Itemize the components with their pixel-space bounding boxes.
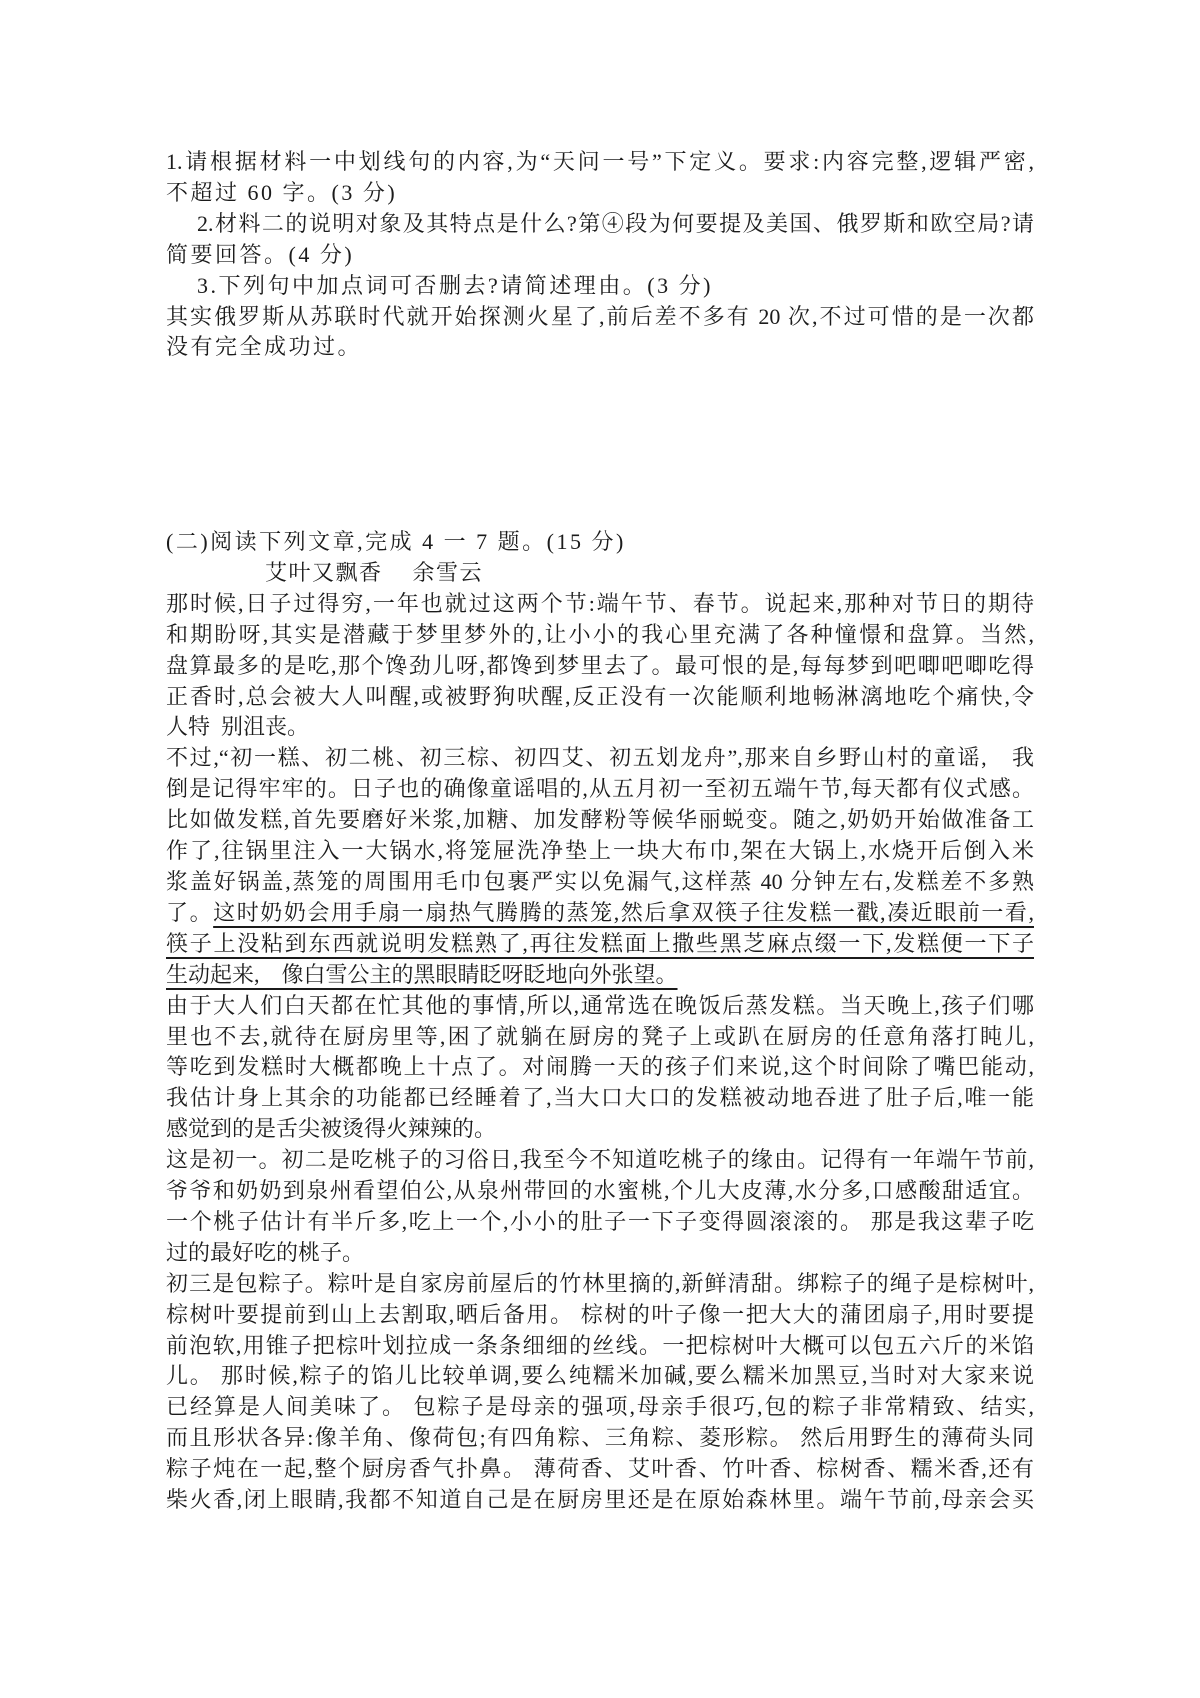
- title-line: 艾叶又飘香余雪云: [166, 558, 1034, 589]
- text-run: 棕树叶要提前到山上去割取,晒后备用。 棕树的叶子像一把大大的蒲团扇子,用时要提: [166, 1302, 1034, 1327]
- text-run: 由于大人们白天都在忙其他的事情,所以,通常选在晚饭后蒸发糕。当天晚上,孩子们哪: [166, 993, 1034, 1018]
- article-line: 而且形状各异:像羊角、像荷包;有四角粽、三角粽、菱形粽。 然后用野生的薄荷头同: [166, 1423, 1034, 1454]
- article-author: 余雪云: [413, 560, 484, 585]
- article-line: 一个桃子估计有半斤多,吃上一个,小小的肚子一下子变得圆滚滚的。 那是我这辈子吃: [166, 1207, 1034, 1238]
- exam-page: 1.请根据材料一中划线句的内容,为“天问一号”下定义。要求:内容完整,逻辑严密,…: [0, 0, 1200, 1698]
- article-line: 那时候,日子过得穷,一年也就过这两个节:端午节、春节。说起来,那种对节日的期待: [166, 589, 1034, 620]
- article-line: 等吃到发糕时大概都晚上十点了。对闹腾一天的孩子们来说,这个时间除了嘴巴能动,: [166, 1052, 1034, 1083]
- text-run: 里也不去,就待在厨房里等,困了就躺在厨房的凳子上或趴在厨房的任意角落打盹儿,: [166, 1024, 1034, 1049]
- article-line: 正香时,总会被大人叫醒,或被野狗吠醒,反正没有一次能顺利地畅淋漓地吃个痛快,令: [166, 682, 1034, 713]
- text-run: 这是初一。初二是吃桃子的习俗日,我至今不知道吃桃子的缘由。记得有一年端午节前,: [166, 1147, 1034, 1172]
- article-line: 爷爷和奶奶到泉州看望伯公,从泉州带回的水蜜桃,个儿大皮薄,水分多,口感酸甜适宜。: [166, 1176, 1034, 1207]
- text-run: 没有完全成功过。: [166, 334, 362, 359]
- article-line: 由于大人们白天都在忙其他的事情,所以,通常选在晚饭后蒸发糕。当天晚上,孩子们哪: [166, 991, 1034, 1022]
- text-run: 而且形状各异:像羊角、像荷包;有四角粽、三角粽、菱形粽。 然后用野生的薄荷头同: [166, 1425, 1034, 1450]
- article-line: 过的最好吃的桃子。: [166, 1238, 1034, 1269]
- article-line: 粽子炖在一起,整个厨房香气扑鼻。 薄荷香、艾叶香、竹叶香、棕树香、糯米香,还有: [166, 1454, 1034, 1485]
- text-run: 了。: [166, 900, 213, 925]
- article-line: 棕树叶要提前到山上去割取,晒后备用。 棕树的叶子像一把大大的蒲团扇子,用时要提: [166, 1300, 1034, 1331]
- text-run: 作了,往锅里注入一大锅水,将笼屉洗净垫上一块大布巾,架在大锅上,水烧开后倒入米: [166, 838, 1034, 863]
- article-line: 了。这时奶奶会用手扇一扇热气腾腾的蒸笼,然后拿双筷子往发糕一戳,凑近眼前一看,: [166, 898, 1034, 929]
- text-run: 3.下列句中加点词可否删去?请简述理由。(3 分): [197, 273, 713, 298]
- article-line: 这是初一。初二是吃桃子的习俗日,我至今不知道吃桃子的缘由。记得有一年端午节前,: [166, 1145, 1034, 1176]
- text-run: 感觉到的是舌尖被烫得火辣辣的。: [166, 1116, 496, 1141]
- article-line: 生动起来, 像白雪公主的黑眼睛眨呀眨地向外张望。: [166, 960, 1034, 991]
- text-run: 1.请根据材料一中划线句的内容,为“天问一号”下定义。要求:内容完整,逻辑严密,: [166, 149, 1034, 174]
- section-heading: (二)阅读下列文章,完成 4 一 7 题。(15 分): [166, 527, 1034, 558]
- text-run: 一个桃子估计有半斤多,吃上一个,小小的肚子一下子变得圆滚滚的。 那是我这辈子吃: [166, 1209, 1034, 1234]
- question-line: 不超过 60 字。(3 分): [166, 178, 1034, 209]
- article-line: 和期盼呀,其实是潜藏于梦里梦外的,让小小的我心里充满了各种憧憬和盘算。当然,: [166, 620, 1034, 651]
- text-run: 不超过 60 字。(3 分): [166, 180, 397, 205]
- text-run: 前泡软,用锥子把棕叶划拉成一条条细细的丝线。一把棕树叶大概可以包五六斤的米馅: [166, 1333, 1034, 1358]
- article-line: 比如做发糕,首先要磨好米浆,加糖、加发酵粉等候华丽蜕变。随之,奶奶开始做准备工: [166, 805, 1034, 836]
- article-line: 里也不去,就待在厨房里等,困了就躺在厨房的凳子上或趴在厨房的任意角落打盹儿,: [166, 1022, 1034, 1053]
- text-run: 初三是包粽子。粽叶是自家房前屋后的竹林里摘的,新鲜清甜。绑粽子的绳子是棕树叶,: [166, 1271, 1034, 1296]
- text-run: 那时候,日子过得穷,一年也就过这两个节:端午节、春节。说起来,那种对节日的期待: [166, 591, 1034, 616]
- text-run: 我估计身上其余的功能都已经睡着了,当大口大口的发糕被动地吞进了肚子后,唯一能: [166, 1085, 1034, 1110]
- text-run: 儿。 那时候,粽子的馅儿比较单调,要么纯糯米加碱,要么糯米加黑豆,当时对大家来说: [166, 1363, 1034, 1388]
- text-run: 爷爷和奶奶到泉州看望伯公,从泉州带回的水蜜桃,个儿大皮薄,水分多,口感酸甜适宜。: [166, 1178, 1034, 1203]
- article-title: 艾叶又飘香: [265, 560, 383, 585]
- article-line: 人特 别沮丧。: [166, 712, 1034, 743]
- reading-section: (二)阅读下列文章,完成 4 一 7 题。(15 分) 艾叶又飘香余雪云 那时候…: [166, 527, 1034, 1516]
- underlined-passage: 生动起来, 像白雪公主的黑眼睛眨呀眨地向外张望。: [166, 962, 678, 987]
- text-run: 已经算是人间美味了。 包粽子是母亲的强项,母亲手很巧,包的粽子非常精致、结实,: [166, 1394, 1034, 1419]
- question-line: 2.材料二的说明对象及其特点是什么?第④段为何要提及美国、俄罗斯和欧空局?请: [166, 209, 1034, 240]
- article-line: 筷子上没粘到东西就说明发糕熟了,再往发糕面上撒些黑芝麻点缀一下,发糕便一下子: [166, 929, 1034, 960]
- text-run: 2.材料二的说明对象及其特点是什么?第④段为何要提及美国、俄罗斯和欧空局?请: [197, 211, 1034, 236]
- text-run: 盘算最多的是吃,那个馋劲儿呀,都馋到梦里去了。最可恨的是,每每梦到吧唧吧唧吃得: [166, 653, 1034, 678]
- article-line: 不过,“初一糕、初二桃、初三棕、初四艾、初五划龙舟”,那来自乡野山村的童谣, 我: [166, 743, 1034, 774]
- underlined-passage: 这时奶奶会用手扇一扇热气腾腾的蒸笼,然后拿双筷子往发糕一戳,凑近眼前一看,: [213, 900, 1034, 925]
- text-run: 浆盖好锅盖,蒸笼的周围用毛巾包裹严实以免漏气,这样蒸 40 分钟左右,发糕差不多…: [166, 869, 1034, 894]
- text-run: 过的最好吃的桃子。: [166, 1240, 364, 1265]
- questions-block: 1.请根据材料一中划线句的内容,为“天问一号”下定义。要求:内容完整,逻辑严密,…: [166, 147, 1034, 363]
- text-run: 和期盼呀,其实是潜藏于梦里梦外的,让小小的我心里充满了各种憧憬和盘算。当然,: [166, 622, 1034, 647]
- article-line: 儿。 那时候,粽子的馅儿比较单调,要么纯糯米加碱,要么糯米加黑豆,当时对大家来说: [166, 1361, 1034, 1392]
- text-run: 其实俄罗斯从苏联时代就开始探测火星了,前后差不多有 20 次,不过可惜的是一次都: [166, 304, 1034, 329]
- article-line: 浆盖好锅盖,蒸笼的周围用毛巾包裹严实以免漏气,这样蒸 40 分钟左右,发糕差不多…: [166, 867, 1034, 898]
- underlined-passage: 筷子上没粘到东西就说明发糕熟了,再往发糕面上撒些黑芝麻点缀一下,发糕便一下子: [166, 931, 1034, 956]
- text-run: 人特 别沮丧。: [166, 714, 309, 739]
- text-run: 等吃到发糕时大概都晚上十点了。对闹腾一天的孩子们来说,这个时间除了嘴巴能动,: [166, 1054, 1034, 1079]
- article-line: 前泡软,用锥子把棕叶划拉成一条条细细的丝线。一把棕树叶大概可以包五六斤的米馅: [166, 1331, 1034, 1362]
- question-line: 1.请根据材料一中划线句的内容,为“天问一号”下定义。要求:内容完整,逻辑严密,: [166, 147, 1034, 178]
- text-run: 正香时,总会被大人叫醒,或被野狗吠醒,反正没有一次能顺利地畅淋漓地吃个痛快,令: [166, 684, 1034, 709]
- article-line: 我估计身上其余的功能都已经睡着了,当大口大口的发糕被动地吞进了肚子后,唯一能: [166, 1083, 1034, 1114]
- article-line: 已经算是人间美味了。 包粽子是母亲的强项,母亲手很巧,包的粽子非常精致、结实,: [166, 1392, 1034, 1423]
- question-line: 简要回答。(4 分): [166, 240, 1034, 271]
- article-line: 作了,往锅里注入一大锅水,将笼屉洗净垫上一块大布巾,架在大锅上,水烧开后倒入米: [166, 836, 1034, 867]
- question-line: 3.下列句中加点词可否删去?请简述理由。(3 分): [166, 271, 1034, 302]
- article-line: 盘算最多的是吃,那个馋劲儿呀,都馋到梦里去了。最可恨的是,每每梦到吧唧吧唧吃得: [166, 651, 1034, 682]
- article-line: 感觉到的是舌尖被烫得火辣辣的。: [166, 1114, 1034, 1145]
- article-line: 初三是包粽子。粽叶是自家房前屋后的竹林里摘的,新鲜清甜。绑粽子的绳子是棕树叶,: [166, 1269, 1034, 1300]
- question-line: 其实俄罗斯从苏联时代就开始探测火星了,前后差不多有 20 次,不过可惜的是一次都: [166, 302, 1034, 333]
- text-run: 不过,“初一糕、初二桃、初三棕、初四艾、初五划龙舟”,那来自乡野山村的童谣, 我: [166, 745, 1034, 770]
- text-run: 简要回答。(4 分): [166, 242, 354, 267]
- text-run: 粽子炖在一起,整个厨房香气扑鼻。 薄荷香、艾叶香、竹叶香、棕树香、糯米香,还有: [166, 1456, 1034, 1481]
- article-body: 那时候,日子过得穷,一年也就过这两个节:端午节、春节。说起来,那种对节日的期待和…: [166, 589, 1034, 1516]
- question-line: 没有完全成功过。: [166, 332, 1034, 363]
- article-line: 倒是记得牢牢的。日子也的确像童谣唱的,从五月初一至初五端午节,每天都有仪式感。: [166, 774, 1034, 805]
- text-run: 比如做发糕,首先要磨好米浆,加糖、加发酵粉等候华丽蜕变。随之,奶奶开始做准备工: [166, 807, 1034, 832]
- text-run: 倒是记得牢牢的。日子也的确像童谣唱的,从五月初一至初五端午节,每天都有仪式感。: [166, 776, 1034, 801]
- article-line: 柴火香,闭上眼睛,我都不知道自己是在厨房里还是在原始森林里。端午节前,母亲会买: [166, 1485, 1034, 1516]
- text-run: 柴火香,闭上眼睛,我都不知道自己是在厨房里还是在原始森林里。端午节前,母亲会买: [166, 1487, 1034, 1512]
